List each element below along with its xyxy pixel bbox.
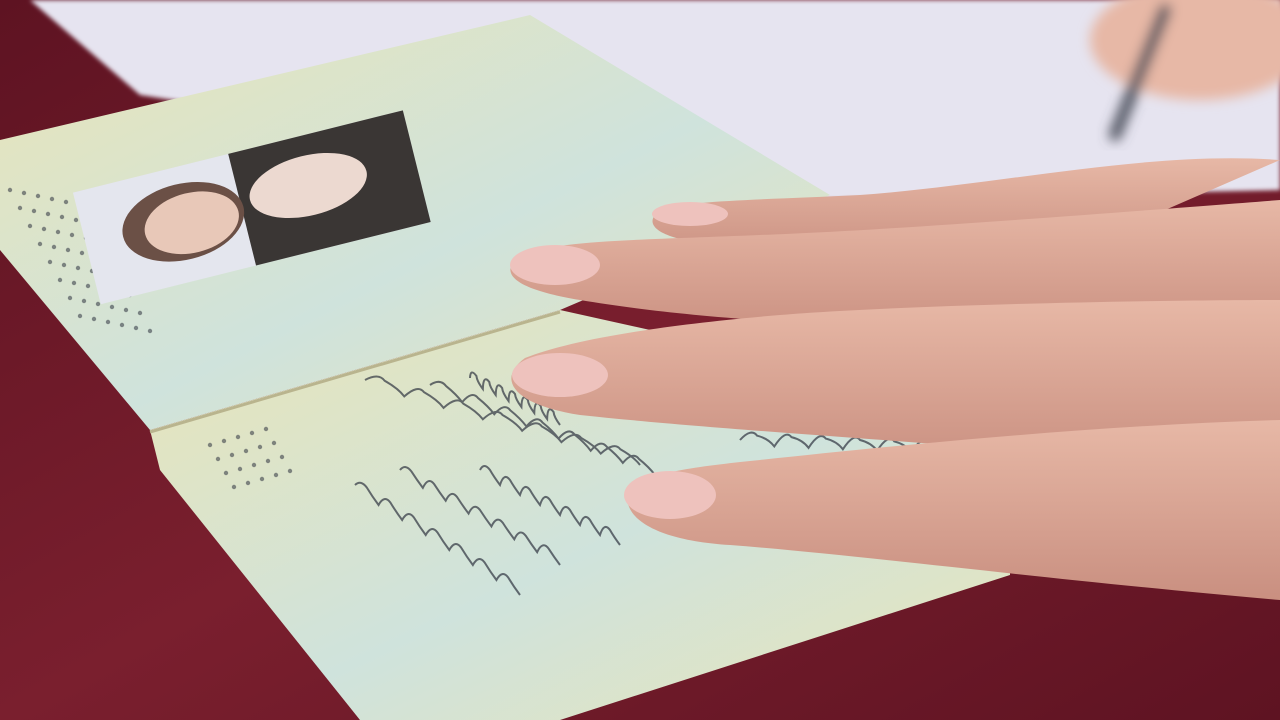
fingernail bbox=[624, 471, 716, 519]
fingernail bbox=[510, 245, 600, 285]
fingernail bbox=[652, 202, 728, 226]
fingernail bbox=[512, 353, 608, 397]
scene-illustration bbox=[0, 0, 1280, 720]
photo-scene bbox=[0, 0, 1280, 720]
